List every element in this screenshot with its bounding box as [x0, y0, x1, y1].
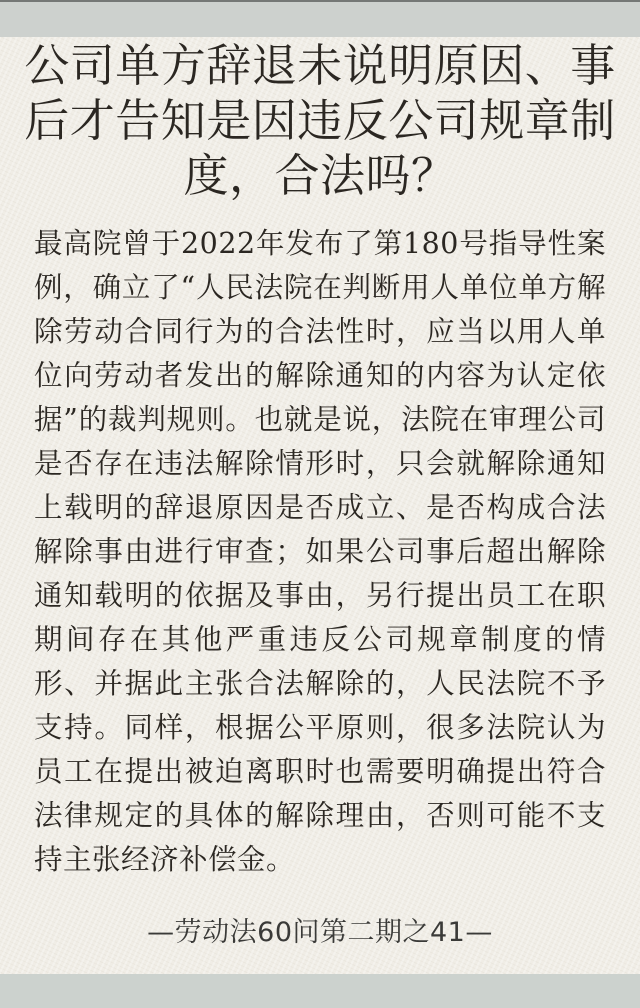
bottom-band	[0, 974, 640, 1008]
footer-caption: —劳动法60问第二期之41—	[0, 916, 640, 950]
top-band	[0, 0, 640, 37]
body-paragraph: 最高院曾于2022年发布了第180号指导性案例，确立了“人民法院在判断用人单位单…	[34, 222, 606, 882]
text-card: 公司单方辞退未说明原因、事后才告知是因违反公司规章制度，合法吗？ 最高院曾于20…	[0, 0, 640, 1008]
page-title: 公司单方辞退未说明原因、事后才告知是因违反公司规章制度，合法吗？	[22, 38, 618, 203]
